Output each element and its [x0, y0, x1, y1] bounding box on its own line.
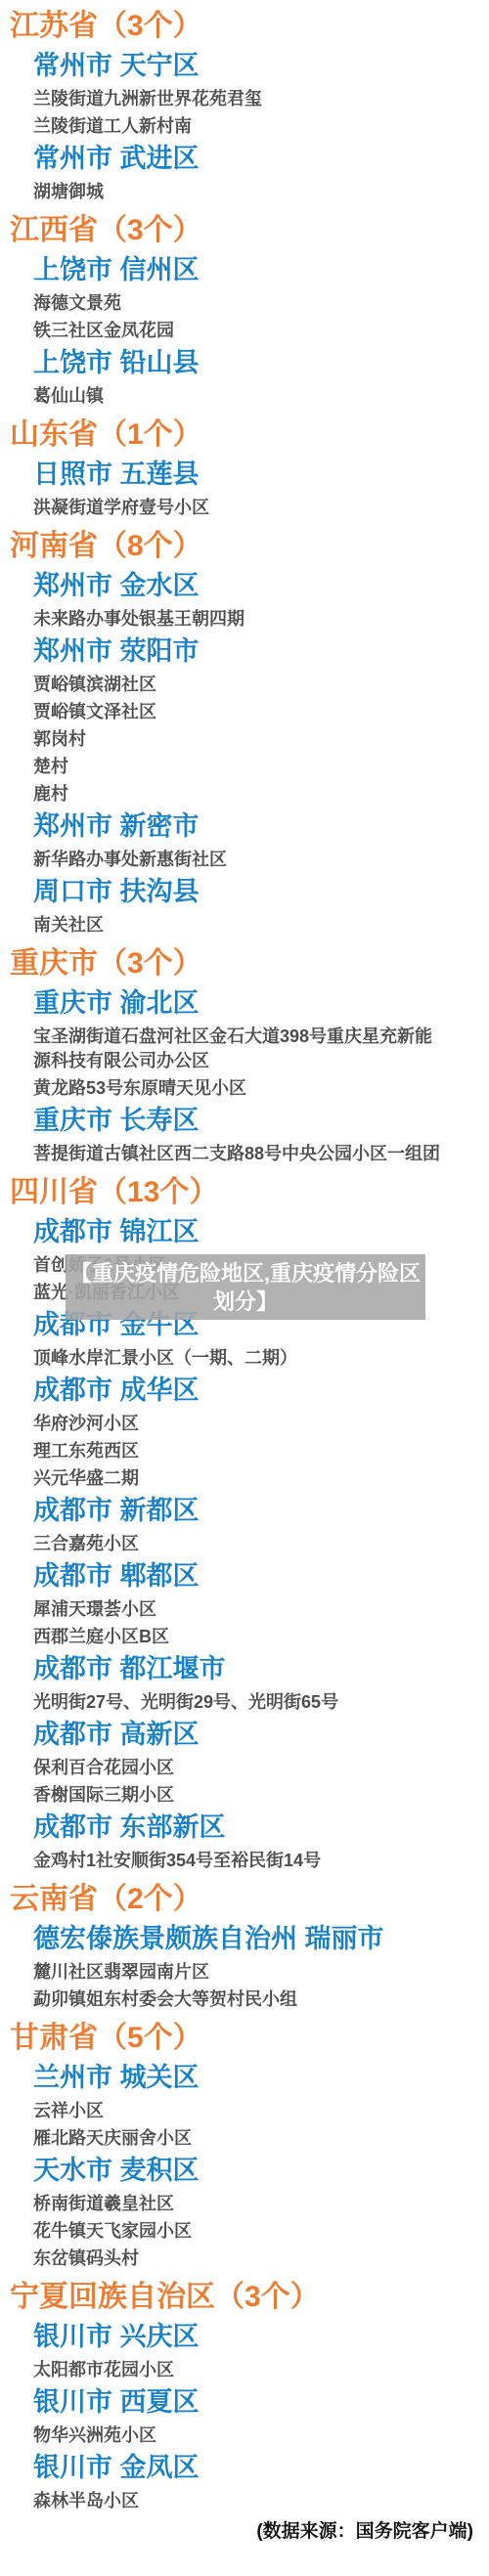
city-district-header: 成都市 东部新区: [33, 1813, 489, 1842]
province-header: 江苏省（3个）: [10, 10, 489, 42]
watermark-text: 【重庆疫情危险地区,重庆疫情分险区划分】: [67, 1259, 423, 1316]
risk-area-item: 麓川社区翡翠园南片区: [33, 1960, 444, 1985]
city-district-header: 成都市 新都区: [33, 1497, 489, 1525]
city-district-header: 重庆市 渝北区: [33, 989, 489, 1018]
risk-area-item: 金鸡村1社安顺街354号至裕民街14号: [33, 1849, 444, 1873]
province-header: 四川省（13个）: [10, 1176, 489, 1208]
city-district-header: 德宏傣族景颇族自治州 瑞丽市: [33, 1925, 489, 1953]
risk-area-item: 海德文景苑: [33, 291, 444, 316]
risk-area-item: 黄龙路53号东原晴天见小区: [33, 1076, 444, 1101]
city-district-header: 重庆市 长寿区: [33, 1107, 489, 1135]
risk-area-item: 贾峪镇文泽社区: [33, 700, 444, 724]
province-header: 宁夏回族自治区（3个）: [10, 2281, 489, 2313]
risk-area-item: 宝圣湖街道石盘河社区金石大道398号重庆星充新能源科技有限公司办公区: [33, 1025, 444, 1073]
city-district-header: 兰州市 城关区: [33, 2064, 489, 2092]
risk-area-item: 新华路办事处新惠街社区: [33, 848, 444, 872]
city-district-header: 上饶市 铅山县: [33, 349, 489, 377]
city-district-header: 郑州市 新密市: [33, 812, 489, 841]
city-district-header: 银川市 金凤区: [33, 2454, 489, 2482]
risk-area-item: 兴元华盛二期: [33, 1466, 444, 1491]
province-header: 山东省（1个）: [10, 418, 489, 451]
risk-area-item: 华府沙河小区: [33, 1412, 444, 1436]
city-district-header: 银川市 西夏区: [33, 2388, 489, 2417]
risk-area-item: 云祥小区: [33, 2099, 444, 2123]
city-district-header: 郑州市 荥阳市: [33, 637, 489, 666]
risk-area-item: 三合嘉苑小区: [33, 1532, 444, 1556]
risk-area-item: 香榭国际三期小区: [33, 1783, 444, 1808]
city-district-header: 成都市 高新区: [33, 1721, 489, 1749]
risk-area-item: 楚村: [33, 755, 444, 779]
province-header: 重庆市（3个）: [10, 947, 489, 980]
watermark-overlay: 【重庆疫情危险地区,重庆疫情分险区划分】: [66, 1254, 425, 1320]
risk-area-item: 太阳都市花园小区: [33, 2358, 444, 2382]
city-district-header: 上饶市 信州区: [33, 256, 489, 284]
risk-area-item: 鹿村: [33, 782, 444, 807]
city-district-header: 周口市 扶沟县: [33, 878, 489, 906]
risk-area-item: 保利百合花园小区: [33, 1756, 444, 1780]
data-source-credit: (数据来源：国务院客户端): [0, 2519, 473, 2544]
risk-area-item: 桥南街道羲皇社区: [33, 2192, 444, 2216]
city-district-header: 日照市 五莲县: [33, 460, 489, 489]
risk-area-item: 南关社区: [33, 913, 444, 938]
risk-area-item: 东岔镇码头村: [33, 2247, 444, 2271]
city-district-header: 常州市 天宁区: [33, 52, 489, 80]
risk-area-item: 铁三社区金凤花园: [33, 319, 444, 343]
risk-area-item: 兰陵街道工人新村南: [33, 114, 444, 139]
risk-area-item: 物华兴洲苑小区: [33, 2423, 444, 2448]
province-header: 甘肃省（5个）: [10, 2022, 489, 2054]
risk-area-item: 菩提街道古镇社区西二支路88号中央公园小区一组团: [33, 1142, 444, 1166]
risk-area-item: 兰陵街道九洲新世界花苑君玺: [33, 87, 444, 111]
city-district-header: 天水市 麦积区: [33, 2157, 489, 2185]
risk-area-item: 光明街27号、光明街29号、光明街65号: [33, 1690, 444, 1715]
risk-area-item: 雁北路天庆丽舍小区: [33, 2126, 444, 2151]
city-district-header: 成都市 锦江区: [33, 1218, 489, 1246]
city-district-header: 成都市 郫都区: [33, 1562, 489, 1591]
risk-area-list-page: 江苏省（3个）常州市 天宁区兰陵街道九洲新世界花苑君玺兰陵街道工人新村南常州市 …: [0, 0, 489, 2576]
province-header: 云南省（2个）: [10, 1883, 489, 1915]
city-district-header: 银川市 兴庆区: [33, 2323, 489, 2351]
risk-area-item: 湖塘御城: [33, 180, 444, 204]
risk-area-item: 花牛镇天飞家园小区: [33, 2219, 444, 2244]
risk-area-item: 未来路办事处银基王朝四期: [33, 607, 444, 632]
city-district-header: 成都市 都江堰市: [33, 1655, 489, 1683]
risk-area-item: 顶峰水岸汇景小区（一期、二期）: [33, 1346, 444, 1371]
city-district-header: 成都市 成华区: [33, 1376, 489, 1405]
province-header: 江西省（3个）: [10, 214, 489, 246]
risk-area-item: 葛仙山镇: [33, 384, 444, 409]
risk-area-item: 贾峪镇滨湖社区: [33, 673, 444, 697]
city-district-header: 常州市 武进区: [33, 145, 489, 173]
risk-area-item: 洪凝街道学府壹号小区: [33, 496, 444, 520]
risk-area-item: 犀浦天璟荟小区: [33, 1597, 444, 1622]
risk-area-item: 西郡兰庭小区B区: [33, 1625, 444, 1649]
risk-area-item: 郭岗村: [33, 727, 444, 752]
risk-area-item: 理工东苑西区: [33, 1439, 444, 1463]
city-district-header: 郑州市 金水区: [33, 572, 489, 600]
risk-area-item: 森林半岛小区: [33, 2489, 444, 2513]
risk-area-item: 勐卯镇姐东村委会大等贺村民小组: [33, 1987, 444, 2012]
province-header: 河南省（8个）: [10, 530, 489, 562]
